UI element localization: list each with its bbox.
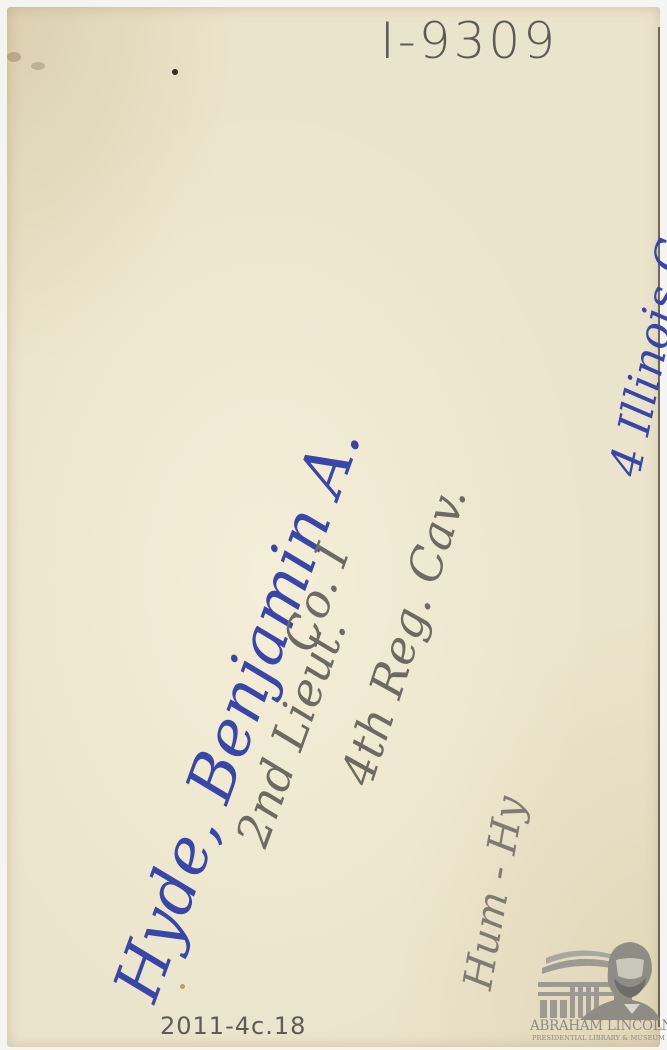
ink-spot bbox=[172, 69, 178, 75]
card-edge bbox=[658, 27, 660, 1027]
stain bbox=[7, 52, 21, 62]
watermark-subtitle: PRESIDENTIAL LIBRARY & MUSEUM bbox=[532, 1034, 667, 1042]
accession-number: 2011-4c.18 bbox=[160, 1012, 306, 1040]
library-watermark: ABRAHAM LINCOLN PRESIDENTIAL LIBRARY & M… bbox=[520, 930, 660, 1048]
watermark-title: ABRAHAM LINCOLN bbox=[530, 1018, 667, 1034]
stain bbox=[180, 984, 185, 989]
stain bbox=[31, 62, 45, 70]
catalog-id: I-9309 bbox=[380, 12, 558, 70]
lincoln-portrait-icon bbox=[520, 930, 660, 1020]
